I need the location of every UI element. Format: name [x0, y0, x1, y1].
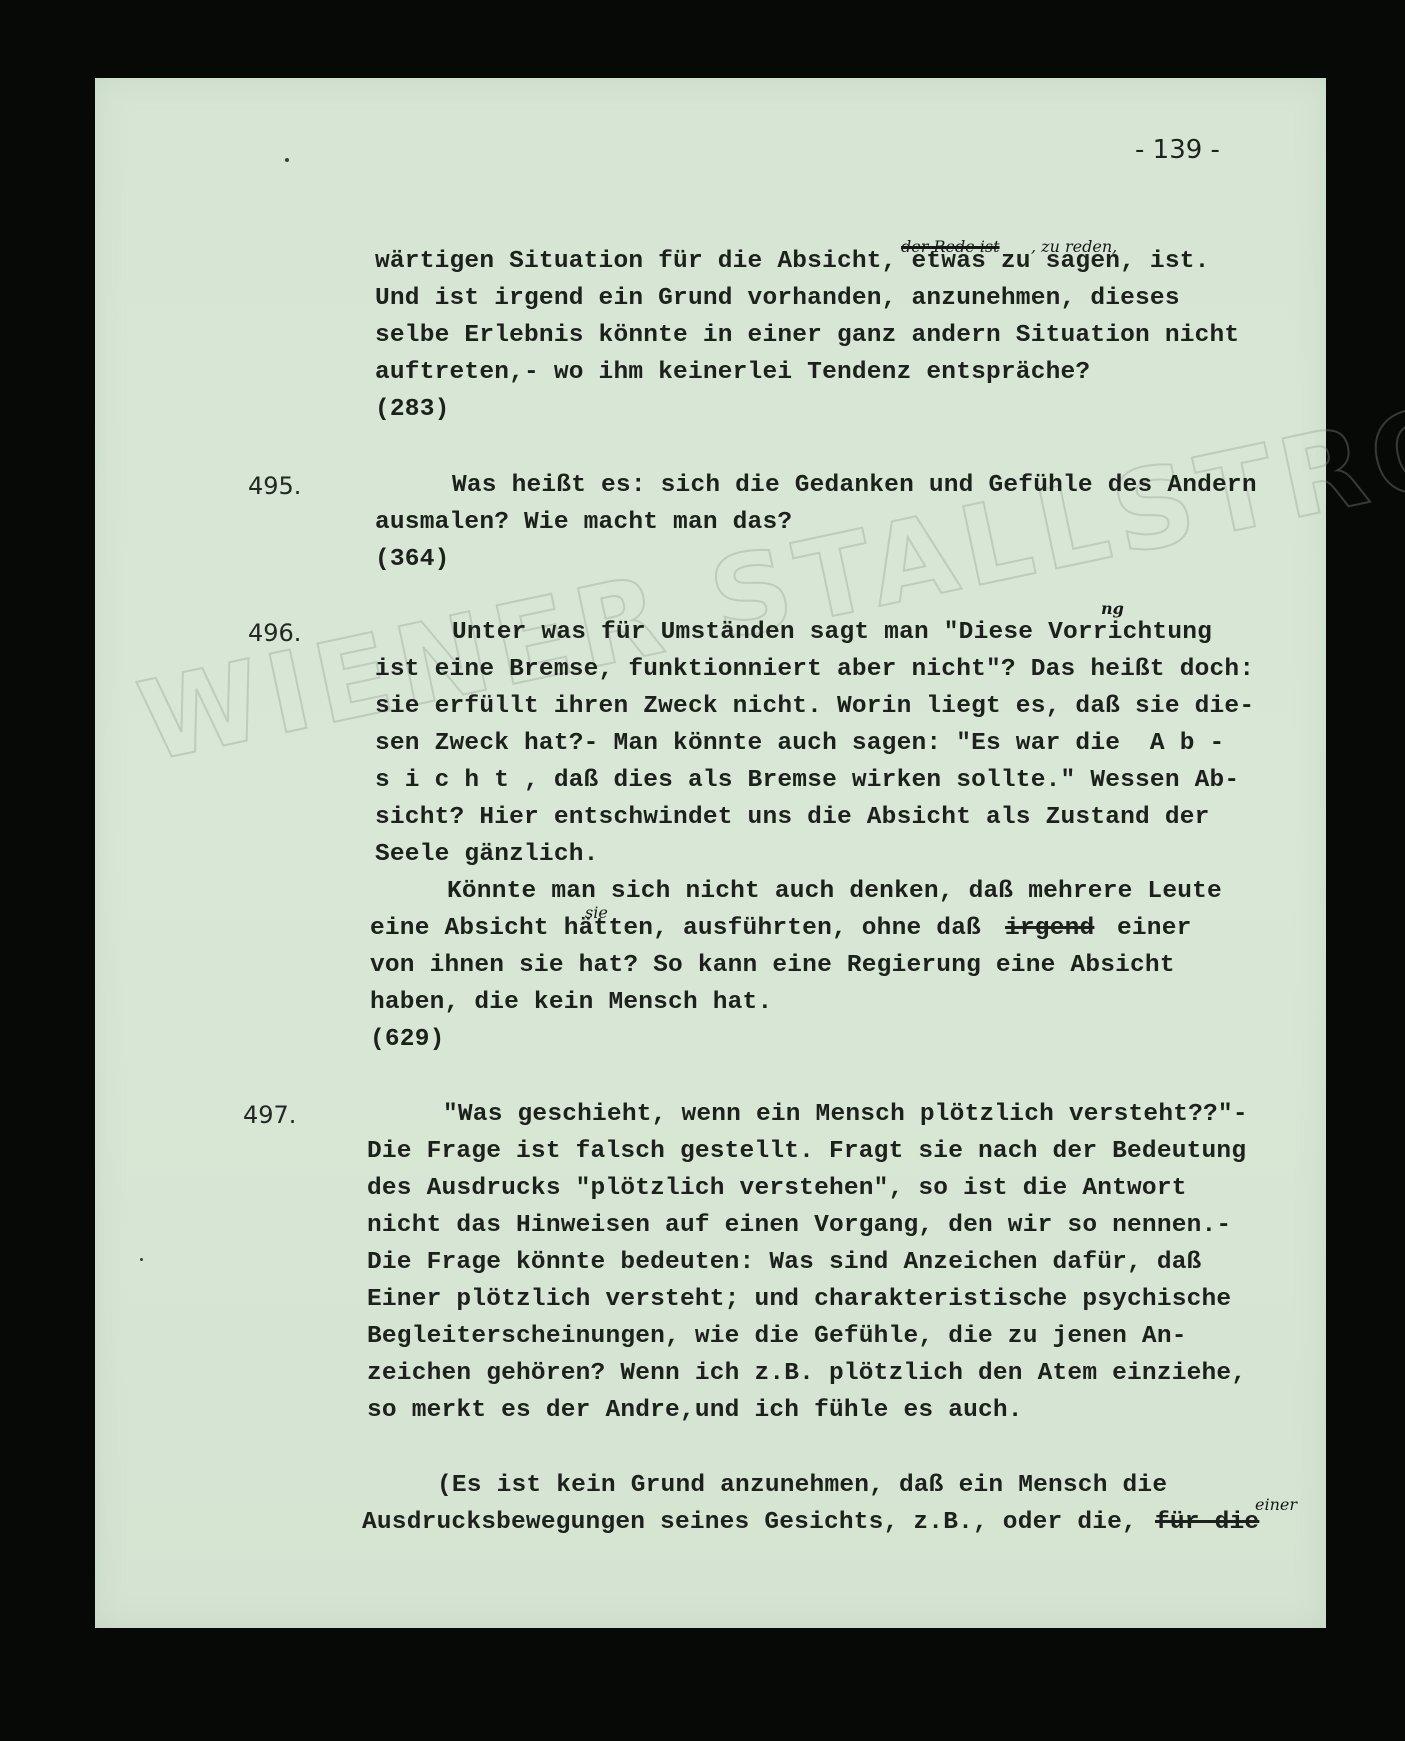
text-line: sicht? Hier entschwindet uns die Absicht… [375, 803, 1210, 833]
page-number: - 139 - [1135, 135, 1220, 165]
text-line: Und ist irgend ein Grund vorhanden, anzu… [375, 284, 1180, 314]
text-line: sie erfüllt ihren Zweck nicht. Worin lie… [375, 692, 1254, 722]
text-line: Könnte man sich nicht auch denken, daß m… [447, 877, 1222, 907]
text-line: ausmalen? Wie macht man das? [375, 508, 792, 538]
struck-word: für die [1155, 1508, 1259, 1538]
reference-number: (364) [375, 545, 450, 575]
text-line: Die Frage könnte bedeuten: Was sind Anze… [367, 1248, 1202, 1278]
text-line: (Es ist kein Grund anzunehmen, daß ein M… [437, 1471, 1167, 1501]
handwritten-insert: einer [1255, 1496, 1297, 1514]
text-line: selbe Erlebnis könnte in einer ganz ande… [375, 321, 1239, 351]
speck [285, 158, 289, 162]
handwritten-correction: ng [1101, 600, 1124, 618]
text-line: auftreten,- wo ihm keinerlei Tendenz ent… [375, 358, 1090, 388]
section-number: 495. [248, 471, 301, 501]
struck-word: irgend [1005, 914, 1094, 944]
text-line: ist eine Bremse, funktionniert aber nich… [375, 655, 1254, 685]
text-line: sen Zweck hat?- Man könnte auch sagen: "… [375, 729, 1224, 759]
text-line: wärtigen Situation für die Absicht, etwa… [375, 247, 1210, 277]
text-line: Ausdrucksbewegungen seines Gesichts, z.B… [362, 1508, 1137, 1538]
text-line: so merkt es der Andre,und ich fühle es a… [367, 1396, 1023, 1426]
text-line: Begleiterscheinungen, wie die Gefühle, d… [367, 1322, 1187, 1352]
text-line: nicht das Hinweisen auf einen Vorgang, d… [367, 1211, 1231, 1241]
text-line: "Was geschieht, wenn ein Mensch plötzlic… [443, 1100, 1248, 1130]
reference-number: (283) [375, 395, 450, 425]
text-line: eine Absicht hätten, ausführten, ohne da… [370, 914, 981, 944]
text-line: des Ausdrucks "plötzlich verstehen", so … [367, 1174, 1187, 1204]
text-line: Unter was für Umständen sagt man "Diese … [452, 618, 1212, 648]
text-line: Einer plötzlich versteht; und charakteri… [367, 1285, 1231, 1315]
text-line: Die Frage ist falsch gestellt. Fragt sie… [367, 1137, 1246, 1167]
text-line: Was heißt es: sich die Gedanken und Gefü… [452, 471, 1257, 501]
speck [140, 1258, 143, 1261]
document-page: WIENER STALLSTRONG - 139 - der Rede ist … [95, 78, 1326, 1628]
reference-number: (629) [370, 1025, 445, 1055]
section-number: 497. [243, 1100, 296, 1130]
text-line: haben, die kein Mensch hat. [370, 988, 772, 1018]
text-line: Seele gänzlich. [375, 840, 599, 870]
text-line: von ihnen sie hat? So kann eine Regierun… [370, 951, 1175, 981]
section-number: 496. [248, 618, 301, 648]
text-line: einer [1117, 914, 1192, 944]
text-line: s i c h t , daß dies als Bremse wirken s… [375, 766, 1239, 796]
text-line: zeichen gehören? Wenn ich z.B. plötzlich… [367, 1359, 1246, 1389]
